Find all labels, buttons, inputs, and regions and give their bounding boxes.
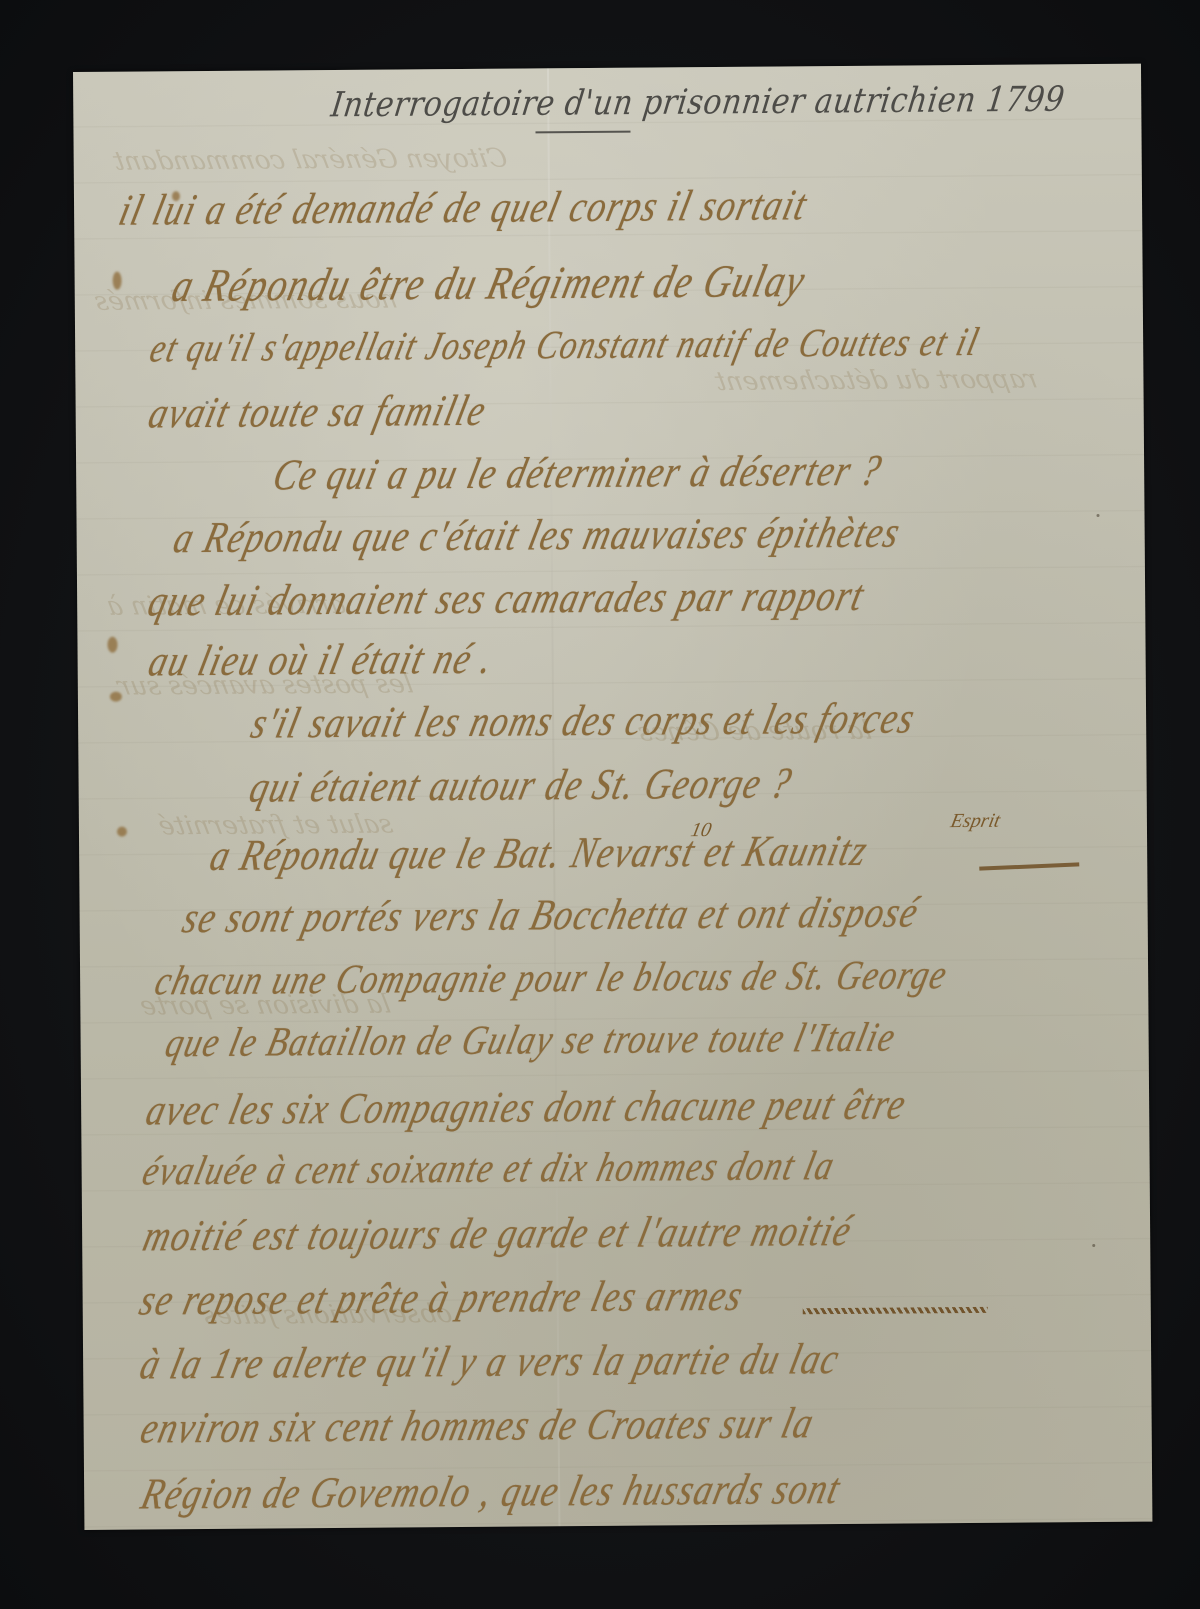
line-text: a Répondu que le Bat. Nevarst et Kaunitz <box>206 826 874 880</box>
manuscript-line: environ six cent hommes de Croates sur l… <box>136 1397 820 1454</box>
photo-backdrop: Citoyen Général commandant nous sommes i… <box>0 0 1200 1609</box>
manuscript-line: se repose et prête à prendre les armes <box>135 1269 749 1325</box>
manuscript-line: Ce qui a pu le déterminer à déserter ? <box>268 444 887 500</box>
manuscript-line: au lieu où il était né . <box>144 632 499 686</box>
interlinear-annotation: Esprit <box>949 810 1003 833</box>
strikethrough-scribble <box>803 1307 988 1314</box>
manuscript-line: il lui a été demandé de quel corps il so… <box>114 179 813 236</box>
strikethrough-scribble <box>979 862 1079 870</box>
manuscript-line: évaluée à cent soixante et dix hommes do… <box>138 1144 840 1196</box>
manuscript-line: avec les six Compagnies dont chacune peu… <box>141 1078 912 1135</box>
ink-blot <box>117 827 127 837</box>
manuscript-page: Citoyen Général commandant nous sommes i… <box>73 64 1152 1530</box>
manuscript-line: et qu'il s'appellait Joseph Constant nat… <box>145 321 984 373</box>
manuscript-line: qui étaient autour de St. George ? <box>245 757 798 813</box>
manuscript-line: a Répondu être du Régiment de Gulay <box>167 255 811 314</box>
paper-speck <box>1097 514 1100 517</box>
bleed-through-text: rapport du détachement <box>713 364 1040 396</box>
header-underline <box>535 131 630 134</box>
bleed-through-text: Citoyen Général commandant <box>111 144 510 177</box>
ink-blot <box>110 692 122 702</box>
manuscript-line: à la 1re alerte qu'il y a vers la partie… <box>135 1333 845 1390</box>
ink-blot <box>113 272 122 290</box>
manuscript-line: a Répondu que le Bat. Nevarst et Kaunitz <box>205 824 873 880</box>
manuscript-line: que lui donnaient ses camarades par rapp… <box>143 570 870 627</box>
manuscript-line: Région de Govemolo , que les hussards so… <box>136 1463 846 1520</box>
manuscript-line: moitié est toujours de garde et l'autre … <box>138 1205 857 1262</box>
paper-speck <box>1092 1244 1095 1247</box>
manuscript-line: avait toute sa famille <box>144 384 492 438</box>
pencil-header-note: Interrogatoire d'un prisonnier autrichie… <box>329 80 1067 126</box>
manuscript-line: chacun une Compagnie pour le blocus de S… <box>150 953 952 1006</box>
manuscript-line: s'il savait les noms des corps et les fo… <box>246 692 921 749</box>
manuscript-line: a Répondu que c'était les mauvaises épit… <box>169 506 906 563</box>
line-text: se repose et prête à prendre les armes <box>135 1271 749 1325</box>
ink-blot <box>107 637 117 653</box>
manuscript-line: que le Bataillon de Gulay se trouve tout… <box>161 1015 901 1067</box>
manuscript-line: se sont portés vers la Bocchetta et ont … <box>178 886 925 943</box>
